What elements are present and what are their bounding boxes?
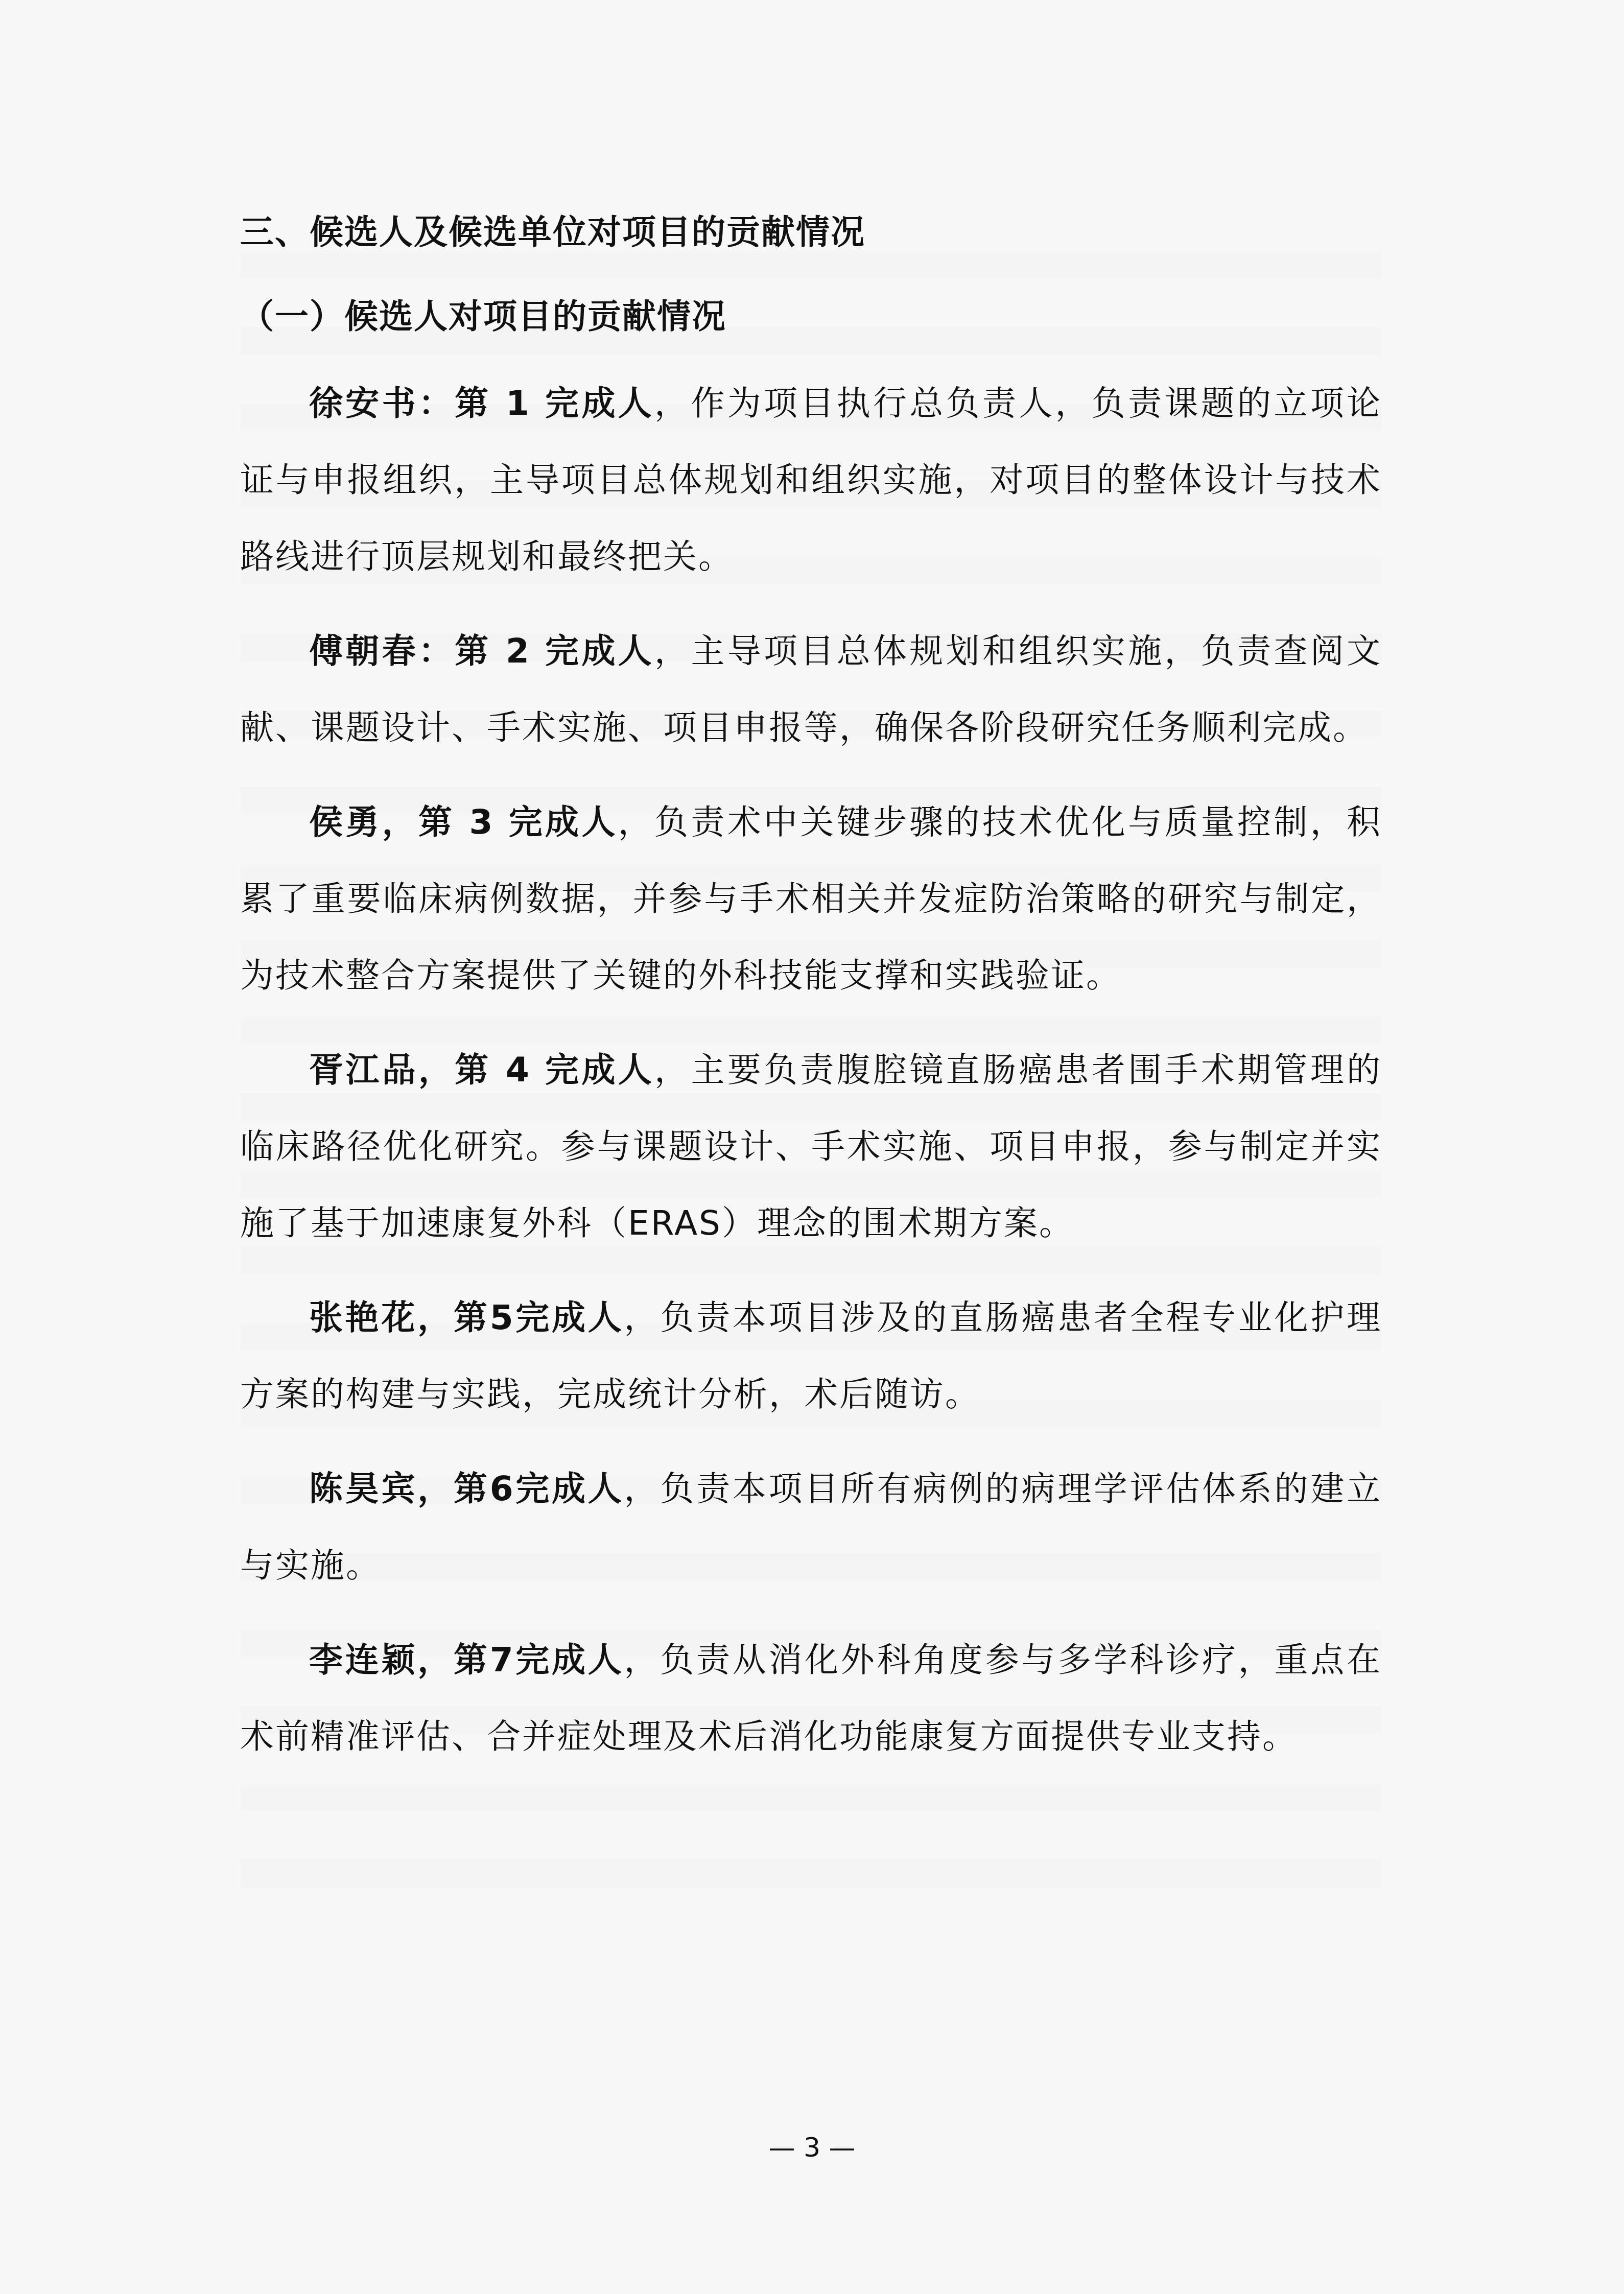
contributor-rank: 第6完成人 bbox=[454, 1469, 624, 1508]
contributor-name: 陈昊宾 bbox=[309, 1469, 417, 1508]
contributor-rank: 第 2 完成人 bbox=[455, 631, 654, 671]
name-separator: ， bbox=[417, 1298, 454, 1337]
contributor-name: 胥江品 bbox=[309, 1050, 418, 1090]
rank-separator: ， bbox=[618, 802, 654, 842]
document-page: 三、候选人及候选单位对项目的贡献情况 （一）候选人对项目的贡献情况 徐安书：第 … bbox=[0, 0, 1624, 2294]
contributor-name: 张艳花 bbox=[309, 1298, 417, 1337]
document-body: 三、候选人及候选单位对项目的贡献情况 （一）候选人对项目的贡献情况 徐安书：第 … bbox=[240, 202, 1382, 1775]
subsection-heading: （一）候选人对项目的贡献情况 bbox=[240, 286, 1382, 347]
section-heading: 三、候选人及候选单位对项目的贡献情况 bbox=[240, 202, 1382, 263]
name-separator: ， bbox=[417, 1640, 454, 1680]
contributor-name: 徐安书 bbox=[309, 384, 418, 423]
rank-separator: ， bbox=[624, 1298, 660, 1337]
contributor-paragraph-2: 傅朝春：第 2 完成人，主导项目总体规划和组织实施，负责查阅文献、课题设计、手术… bbox=[240, 613, 1382, 766]
rank-separator: ， bbox=[624, 1640, 660, 1680]
contributor-name: 傅朝春 bbox=[309, 631, 418, 671]
contributor-paragraph-1: 徐安书：第 1 完成人，作为项目执行总负责人，负责课题的立项论证与申报组织，主导… bbox=[240, 365, 1382, 595]
rank-separator: ， bbox=[654, 631, 691, 671]
contributor-rank: 第5完成人 bbox=[454, 1298, 624, 1337]
name-separator: ， bbox=[382, 802, 418, 842]
contributor-rank: 第7完成人 bbox=[454, 1640, 624, 1680]
name-separator: ： bbox=[418, 384, 455, 423]
name-separator: ： bbox=[418, 631, 455, 671]
contributor-paragraph-5: 张艳花，第5完成人，负责本项目涉及的直肠癌患者全程专业化护理方案的构建与实践，完… bbox=[240, 1280, 1382, 1433]
name-separator: ， bbox=[417, 1469, 454, 1508]
rank-separator: ， bbox=[654, 1050, 691, 1090]
contributor-name: 侯勇 bbox=[309, 802, 382, 842]
contributor-rank: 第 3 完成人 bbox=[418, 802, 618, 842]
rank-separator: ， bbox=[624, 1469, 660, 1508]
contributor-rank: 第 1 完成人 bbox=[455, 384, 654, 423]
rank-separator: ， bbox=[654, 384, 691, 423]
contributor-paragraph-6: 陈昊宾，第6完成人，负责本项目所有病例的病理学评估体系的建立与实施。 bbox=[240, 1451, 1382, 1604]
name-separator: ， bbox=[418, 1050, 455, 1090]
contributor-rank: 第 4 完成人 bbox=[455, 1050, 654, 1090]
contributor-paragraph-7: 李连颖，第7完成人，负责从消化外科角度参与多学科诊疗，重点在术前精准评估、合并症… bbox=[240, 1622, 1382, 1775]
contributor-paragraph-3: 侯勇，第 3 完成人，负责术中关键步骤的技术优化与质量控制，积累了重要临床病例数… bbox=[240, 784, 1382, 1014]
page-number: — 3 — bbox=[0, 2127, 1624, 2168]
contributor-paragraph-4: 胥江品，第 4 完成人，主要负责腹腔镜直肠癌患者围手术期管理的临床路径优化研究。… bbox=[240, 1032, 1382, 1262]
contributor-name: 李连颖 bbox=[309, 1640, 417, 1680]
